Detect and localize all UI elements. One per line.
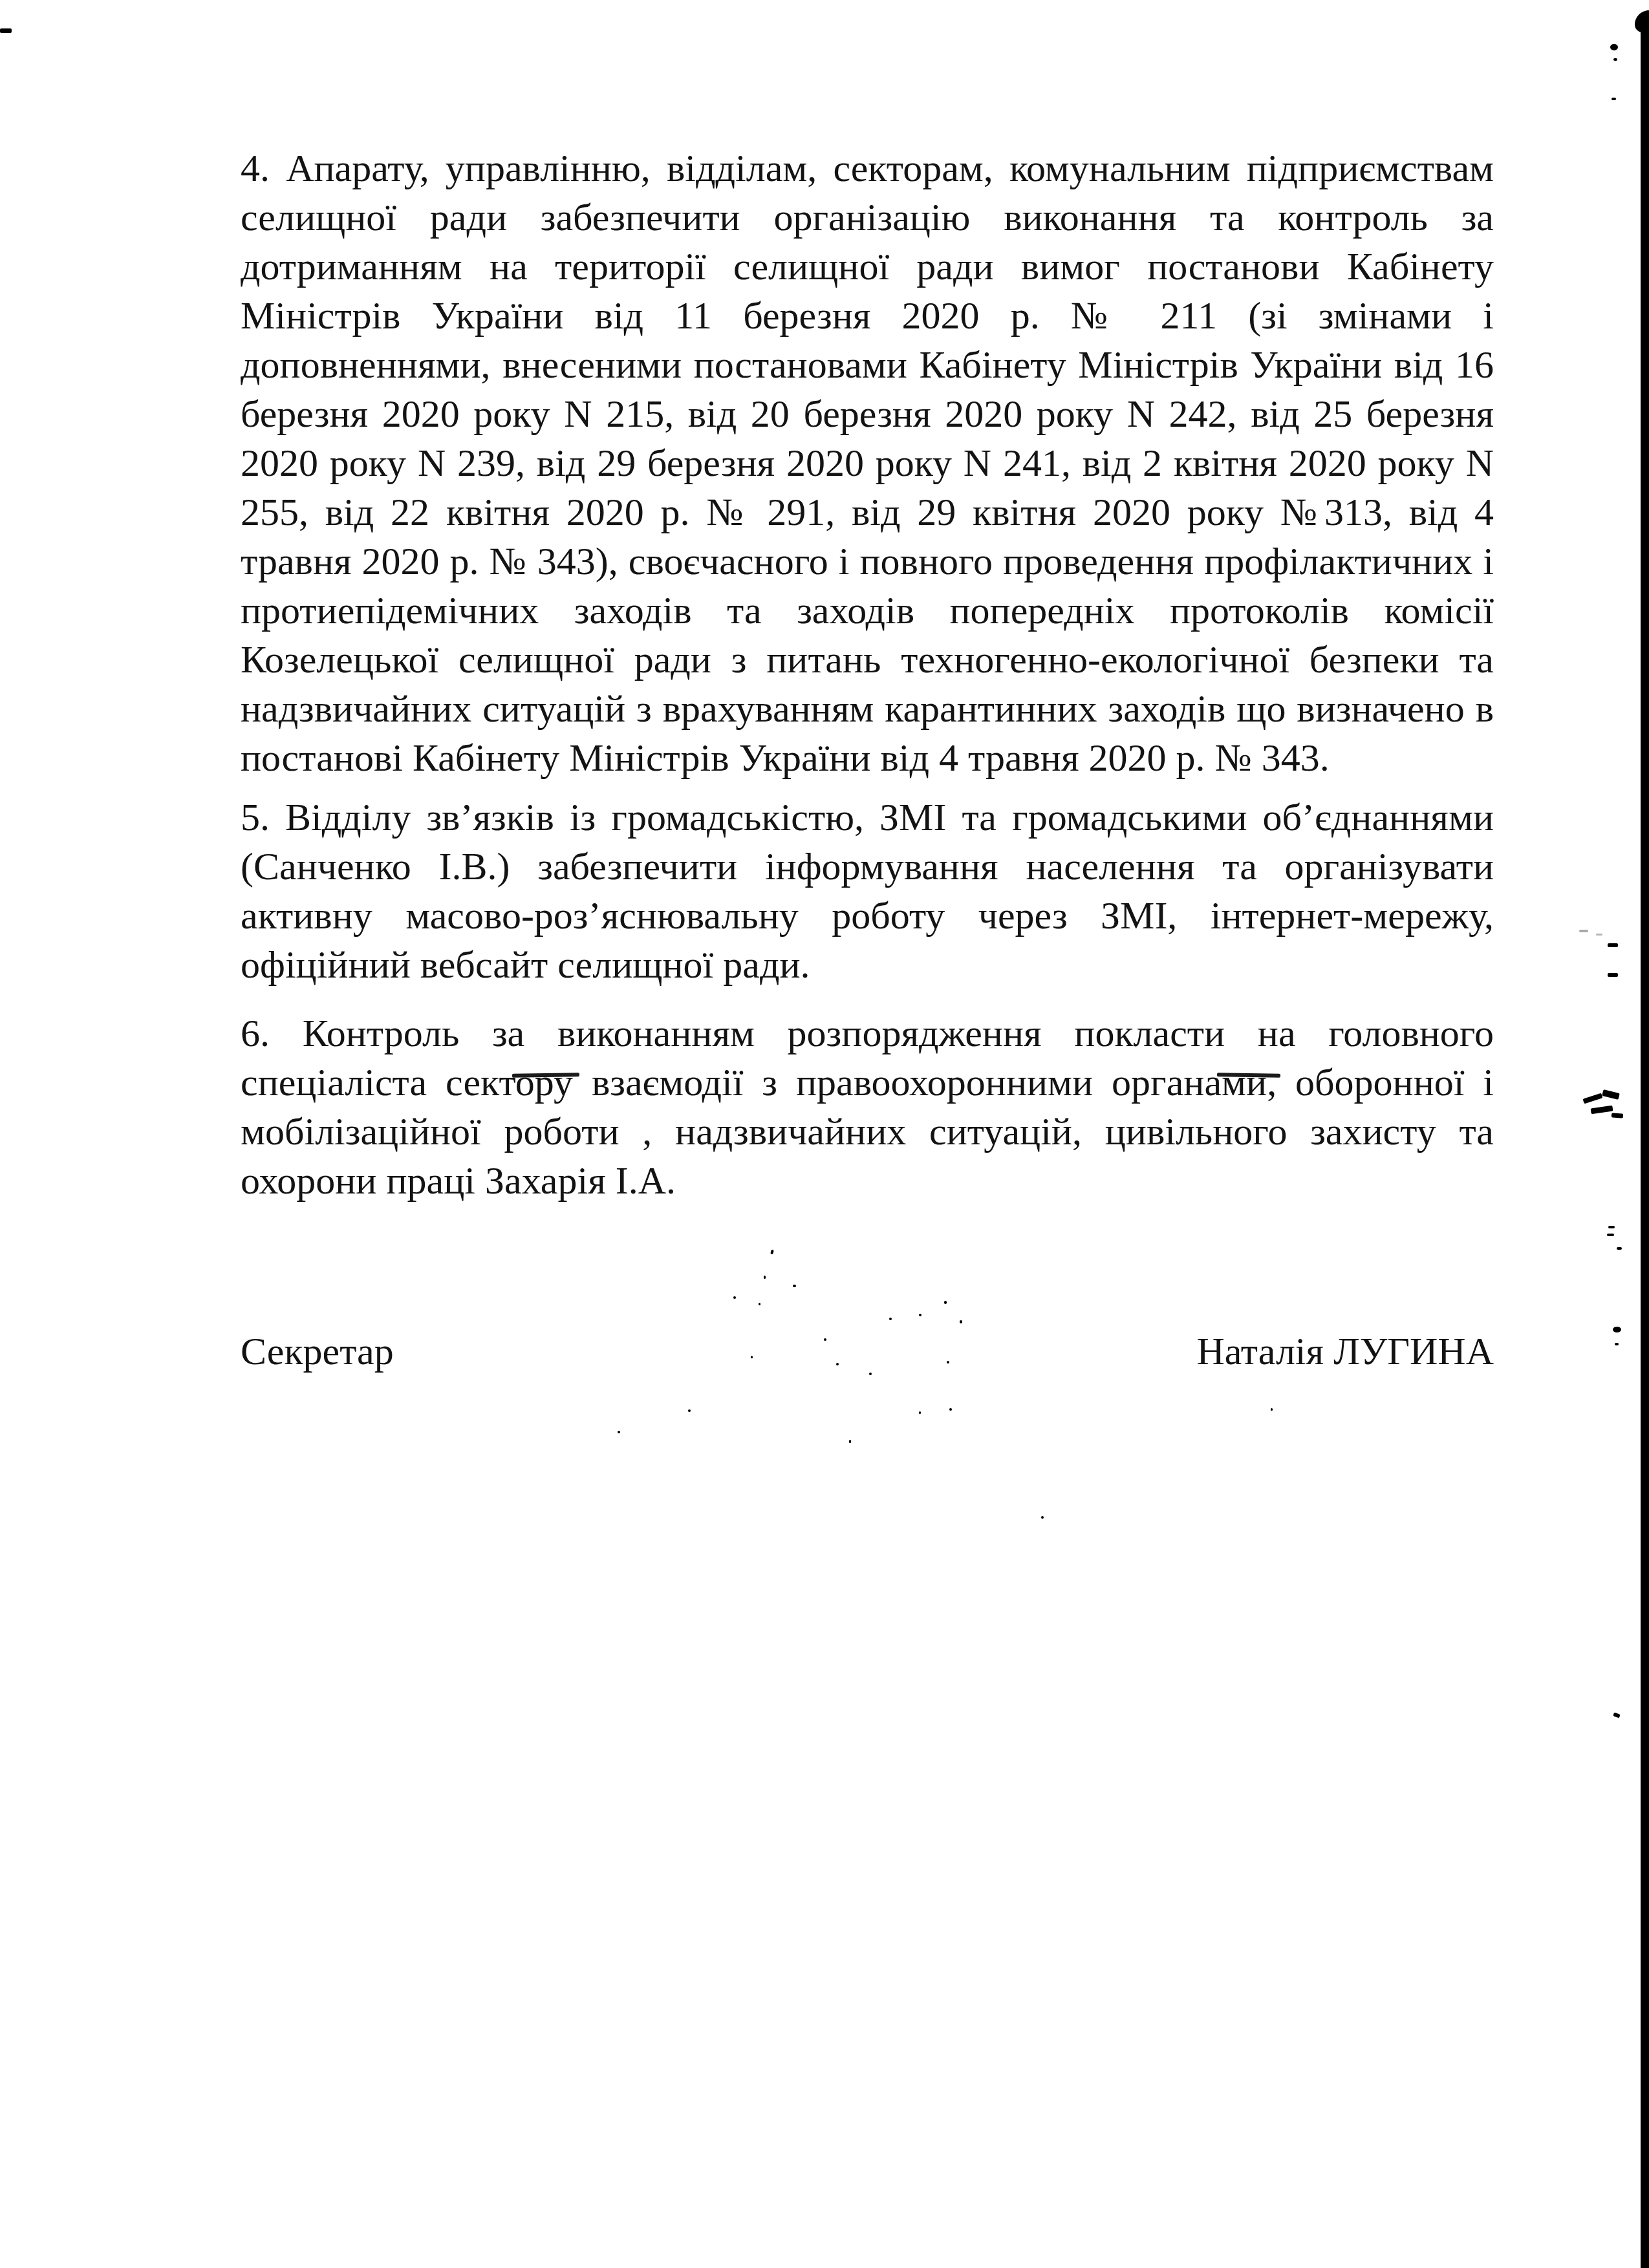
scanned-document-page: 4. Апарату, управлінню, відділам, сектор… xyxy=(0,0,1649,2268)
noise-dot xyxy=(1271,1408,1273,1411)
noise-dot xyxy=(793,1285,796,1287)
speck xyxy=(1610,44,1618,50)
margin-dot xyxy=(1607,1234,1614,1236)
margin-blob xyxy=(1613,1327,1621,1332)
speck xyxy=(1611,98,1616,100)
noise-dot xyxy=(949,1408,952,1411)
signature-name: Наталія ЛУГИНА xyxy=(1196,1327,1494,1376)
scanner-edge-head xyxy=(1635,10,1649,32)
noise-dot xyxy=(960,1320,962,1323)
paragraph-6: 6. Контроль за виконанням розпорядження … xyxy=(241,1009,1494,1205)
scanner-edge-stripe xyxy=(1641,10,1649,2268)
document-body: 4. Апарату, управлінню, відділам, сектор… xyxy=(241,144,1494,1215)
signature-role: Секретар xyxy=(241,1327,394,1376)
noise-dot xyxy=(688,1409,691,1412)
noise-dot xyxy=(733,1296,736,1299)
noise-dot xyxy=(849,1440,851,1443)
paragraph-5: 5. Відділу зв’язків із громадськістю, ЗМ… xyxy=(241,793,1494,989)
margin-dash xyxy=(1608,973,1618,977)
margin-comma xyxy=(1613,1712,1620,1718)
margin-scribble xyxy=(1611,1113,1623,1118)
noise-dot xyxy=(919,1411,921,1414)
faint-dash xyxy=(1579,930,1588,932)
noise-dot xyxy=(944,1301,947,1304)
noise-dot xyxy=(919,1314,921,1316)
margin-scribble xyxy=(1582,1093,1602,1104)
margin-dot xyxy=(1617,1247,1622,1250)
noise-dot xyxy=(618,1431,620,1433)
noise-dot xyxy=(889,1318,892,1320)
margin-scribble xyxy=(1591,1106,1613,1115)
top-left-dash xyxy=(0,28,12,33)
signature-row: Секретар Наталія ЛУГИНА xyxy=(241,1327,1494,1376)
margin-dot xyxy=(1608,1226,1615,1228)
noise-dot xyxy=(764,1276,766,1279)
speck xyxy=(1613,58,1617,61)
margin-scribble xyxy=(1602,1089,1620,1100)
margin-dot xyxy=(1615,1343,1619,1345)
noise-dot xyxy=(759,1303,760,1305)
faint-dash xyxy=(1596,934,1602,936)
noise-dot xyxy=(770,1250,774,1255)
noise-dot xyxy=(1041,1516,1044,1519)
margin-dash xyxy=(1608,943,1618,947)
paragraph-4: 4. Апарату, управлінню, відділам, сектор… xyxy=(241,144,1494,782)
